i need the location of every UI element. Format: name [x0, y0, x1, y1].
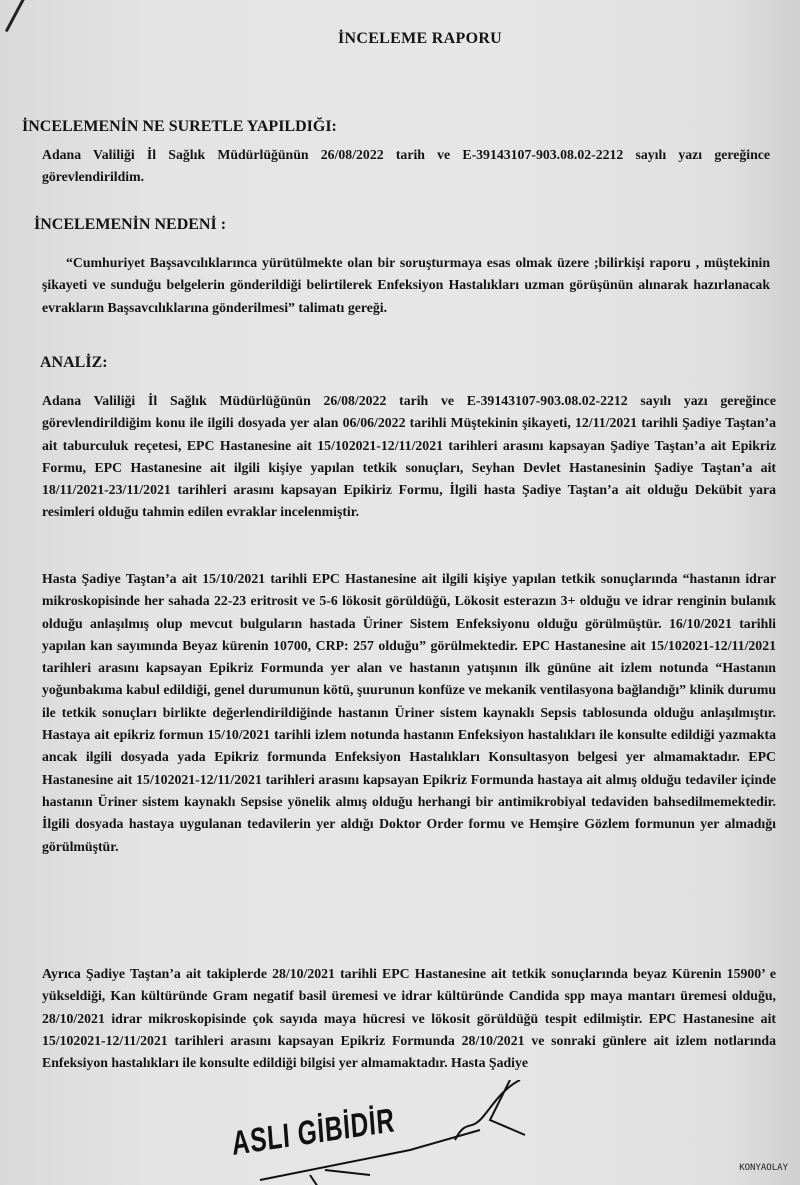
section-heading-reason: İNCELEMENİN NEDENİ :	[34, 216, 226, 234]
pen-mark	[5, 0, 26, 32]
section-heading-method: İNCELEMENİN NE SURETLE YAPILDIĞI:	[22, 118, 337, 136]
paragraph-analysis-3: Ayrıca Şadiye Taştan’a ait takiplerde 28…	[42, 963, 776, 1074]
watermark: KONYAOLAY	[739, 1163, 788, 1173]
paragraph-analysis-2: Hasta Şadiye Taştan’a ait 15/10/2021 tar…	[42, 568, 776, 858]
section-heading-analysis: ANALİZ:	[40, 354, 108, 372]
paragraph-analysis-1: Adana Valiliği İl Sağlık Müdürlüğünün 26…	[42, 390, 776, 524]
paragraph-reason: “Cumhuriyet Başsavcılıklarınca yürütülme…	[42, 252, 770, 319]
document-page: İNCELEME RAPORU İNCELEMENİN NE SURETLE Y…	[0, 0, 800, 1185]
document-title: İNCELEME RAPORU	[0, 30, 800, 48]
paragraph-method: Adana Valiliği İl Sağlık Müdürlüğünün 26…	[42, 144, 770, 189]
